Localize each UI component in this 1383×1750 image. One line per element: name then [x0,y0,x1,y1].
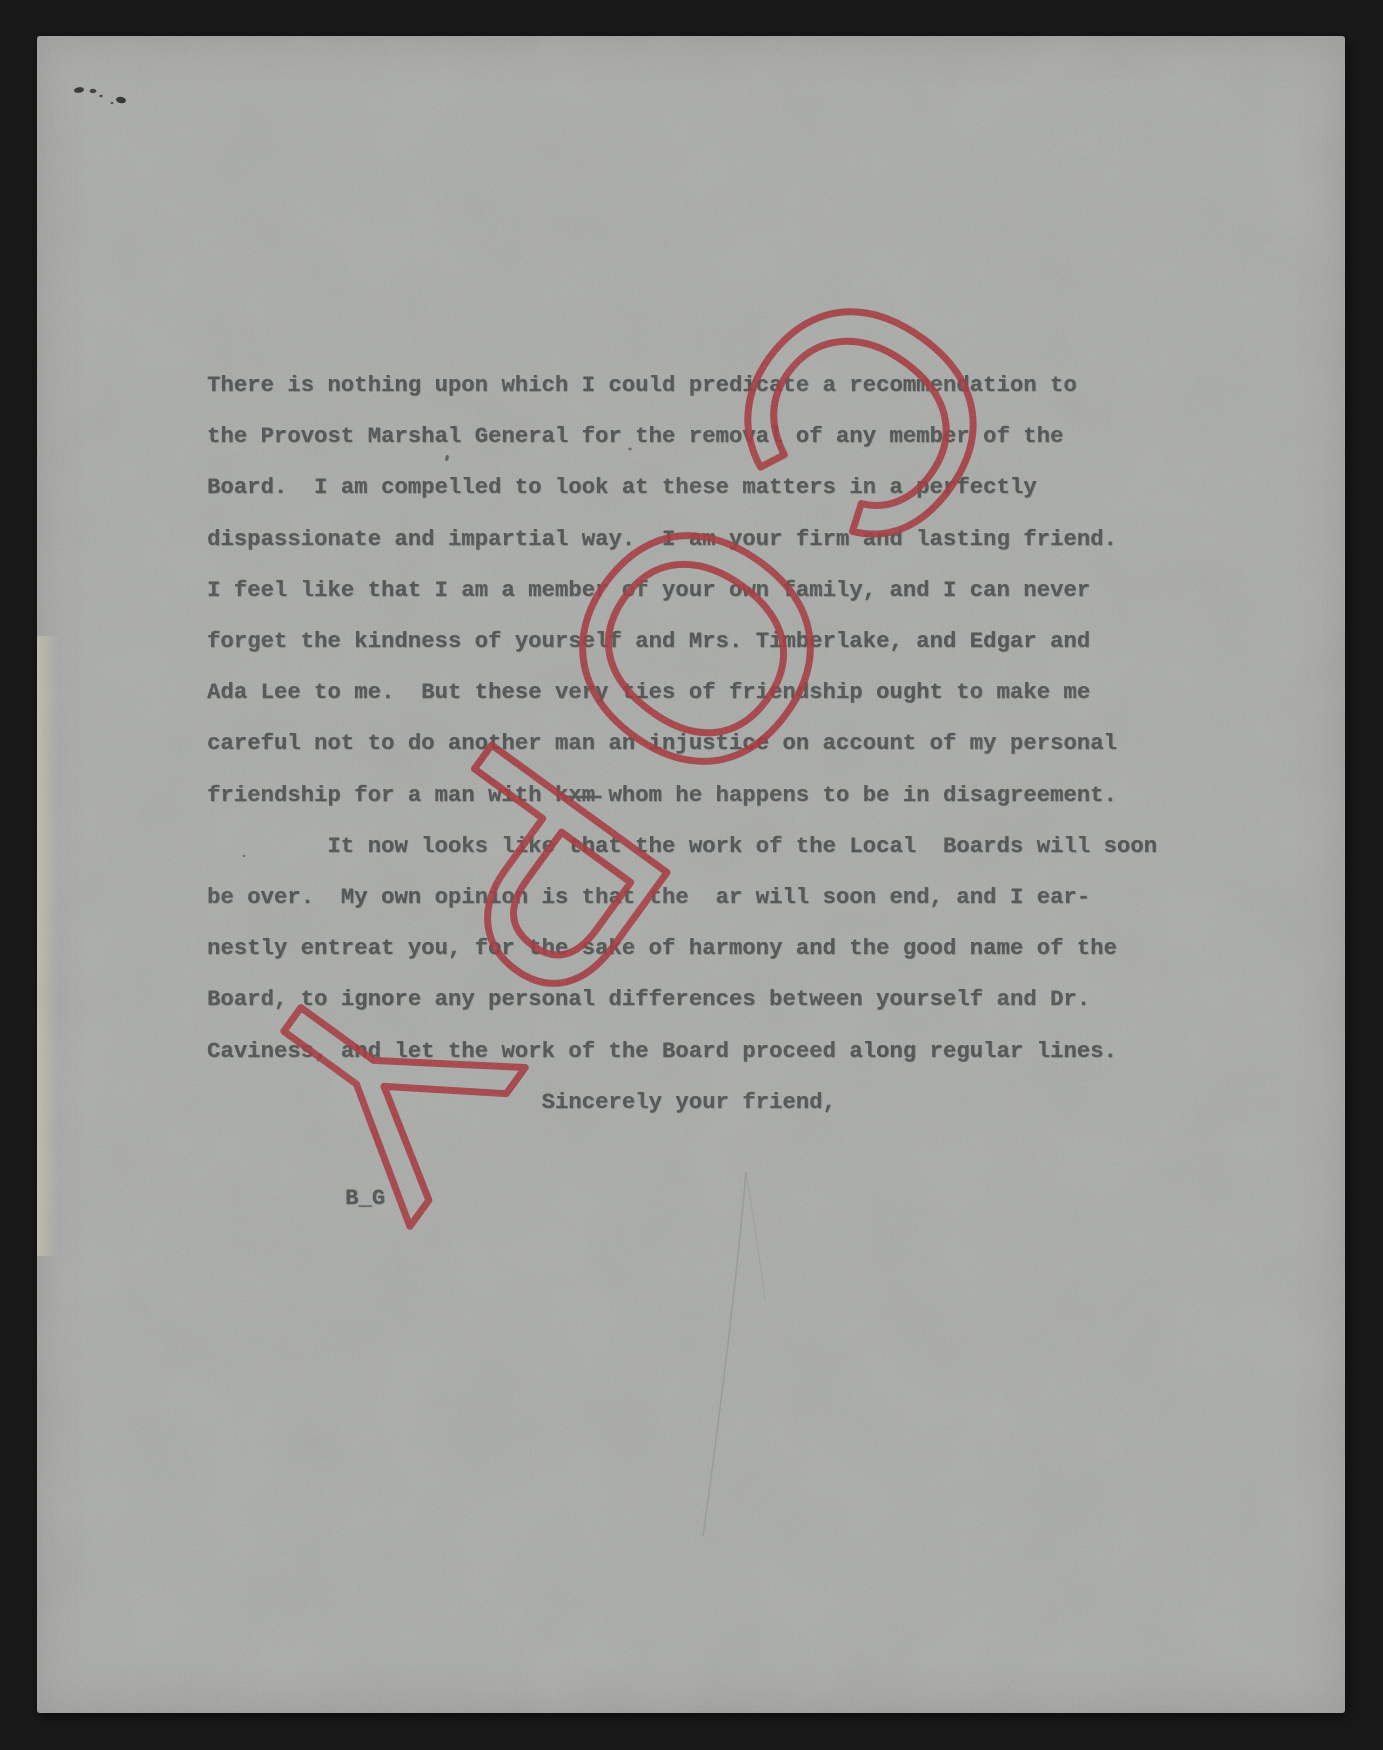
letter-body: There is nothing upon which I could pred… [207,360,1157,1128]
letter-line: friendship for a man with k̶x̶m̶ whom he… [207,770,1157,821]
letter-line: Board. I am compelled to look at these m… [207,462,1157,513]
letter-line: I feel like that I am a member of your o… [207,565,1157,616]
letter-line: careful not to do another man an injusti… [207,718,1157,769]
tape-residue [37,636,59,1256]
letter-line: Ada Lee to me. But these very ties of fr… [207,667,1157,718]
letter-line: Board, to ignore any personal difference… [207,974,1157,1025]
paper-crease [703,1172,765,1536]
letter-line: dispassionate and impartial way. I am yo… [207,514,1157,565]
letter-line: There is nothing upon which I could pred… [207,360,1157,411]
scan-background: There is nothing upon which I could pred… [0,0,1383,1750]
letter-line: Caviness, and let the work of the Board … [207,1026,1157,1077]
letter-line: be over. My own opinion is that the ar w… [207,872,1157,923]
letter-line: It now looks like that the work of the L… [207,821,1157,872]
typist-initials: B_G [345,1185,385,1211]
letter-line: Sincerely your friend, [207,1077,1157,1128]
letter-line: the Provost Marshal General for the remo… [207,411,1157,462]
letter-line: nestly entreat you, for the sake of harm… [207,923,1157,974]
letter-page: There is nothing upon which I could pred… [37,36,1345,1713]
letter-line: forget the kindness of yourself and Mrs.… [207,616,1157,667]
